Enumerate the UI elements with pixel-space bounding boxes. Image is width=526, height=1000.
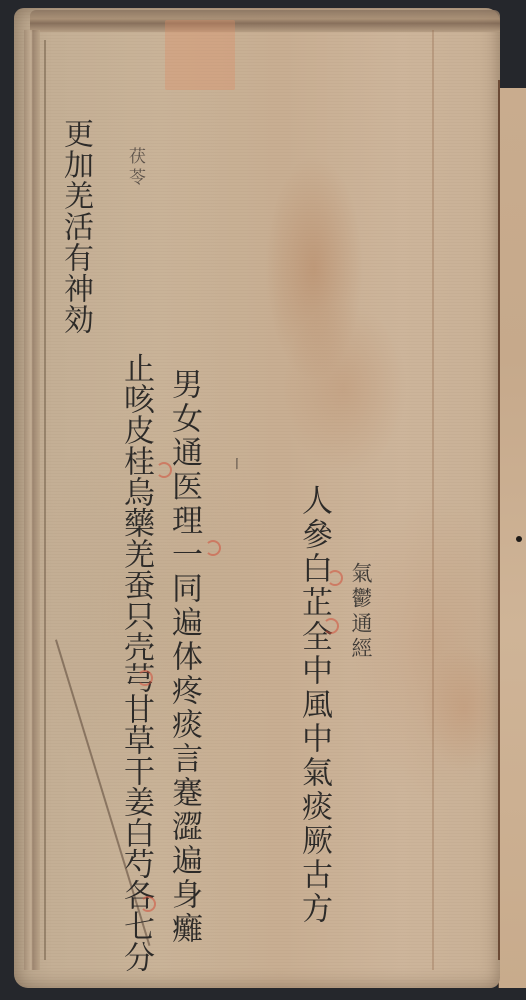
page-crease	[432, 30, 434, 970]
red-punctuation-mark	[323, 618, 339, 634]
page-right-edge	[498, 80, 500, 960]
faded-seal	[165, 20, 235, 90]
red-punctuation-mark	[327, 570, 343, 586]
text-column-indications: 男女通医理一同遍体疼痰言蹇澀遍身癱	[168, 368, 199, 946]
red-punctuation-mark	[205, 540, 221, 556]
book-spine	[24, 30, 40, 970]
red-punctuation-mark	[137, 670, 153, 686]
spine-line	[44, 40, 46, 960]
page-number: 一	[72, 298, 86, 318]
red-punctuation-mark	[140, 896, 156, 912]
adjacent-leaf	[498, 88, 526, 988]
manuscript-photo: 更加羌活有神効 茯苓 一 止咳皮桂烏藥羌蚕只壳芎甘草干姜白芍各七分 男女通医理一…	[0, 0, 526, 1000]
text-column-small: 氣鬱通經	[350, 562, 371, 662]
red-punctuation-mark	[156, 462, 172, 478]
worn-top-edge	[30, 10, 500, 32]
text-column-ingredients-2: 人參白芷全中風中氣痰厥古方	[298, 484, 329, 926]
stray-ink-mark: 丨	[231, 455, 243, 472]
text-column-faint: 茯苓	[123, 147, 148, 189]
text-column-ingredients: 止咳皮桂烏藥羌蚕只壳芎甘草干姜白芍各七分	[120, 352, 151, 972]
binding-hole	[516, 536, 522, 542]
